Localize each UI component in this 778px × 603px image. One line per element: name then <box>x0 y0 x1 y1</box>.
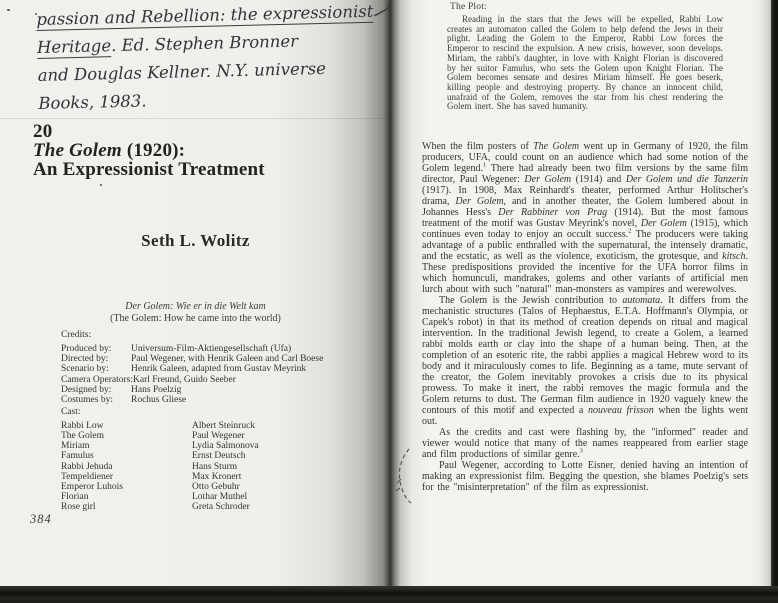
right-page: The Plot: Reading in the stars that the … <box>391 0 772 586</box>
chapter-number: 20 <box>33 122 265 141</box>
cast-role: Rabbi Low <box>61 421 192 431</box>
essay-paragraph-3: As the credits and cast were flashing by… <box>422 427 748 460</box>
credits-block: Credits: Produced by:Universum-Film-Akti… <box>61 330 381 406</box>
cast-actor: Max Kronert <box>192 472 381 482</box>
chapter-title-line2: An Expressionist Treatment <box>33 160 265 179</box>
cast-actor: Otto Gebuhr <box>192 482 381 492</box>
credit-label: Designed by: <box>61 385 131 395</box>
credit-row: Costumes by:Rochus Gliese <box>61 395 381 405</box>
scan-crease-line <box>0 118 388 119</box>
credit-value: Henrik Galeen, adapted from Gustav Meyri… <box>131 364 306 374</box>
cast-list: Rabbi LowAlbert Steinruck The GolemPaul … <box>61 421 381 513</box>
cast-actor: Lothar Muthel <box>192 492 381 502</box>
credit-row: Scenario by:Henrik Galeen, adapted from … <box>61 364 381 374</box>
chapter-title-year: (1920): <box>122 140 185 161</box>
cast-role: The Golem <box>61 431 192 441</box>
credit-label: Costumes by: <box>61 395 131 405</box>
credit-label: Directed by: <box>61 354 131 364</box>
cast-actor: Albert Steinruck <box>192 421 381 431</box>
scan-bottom-edge <box>0 586 778 603</box>
cast-block: Cast: Rabbi LowAlbert Steinruck The Gole… <box>61 407 381 513</box>
credits-heading: Credits: <box>61 330 381 340</box>
credit-value: Universum-Film-Aktiengesellschaft (Ufa) <box>131 344 291 354</box>
credit-row: Produced by:Universum-Film-Aktiengesells… <box>61 344 381 354</box>
cast-role: Miriam <box>61 441 192 451</box>
chapter-heading: 20 The Golem (1920): An Expressionist Tr… <box>33 122 265 179</box>
cast-role: Florian <box>61 492 192 502</box>
essay-paragraph-1: When the film posters of The Golem went … <box>422 141 748 295</box>
epigraph: Der Golem: Wie er in die Welt kam (The G… <box>0 301 391 324</box>
pen-squiggle-mark <box>393 445 415 509</box>
credit-value: Paul Wegener, with Henrik Galeen and Car… <box>131 354 323 364</box>
cast-role: Rose girl <box>61 502 192 512</box>
credit-row: Directed by:Paul Wegener, with Henrik Ga… <box>61 354 381 364</box>
handwritten-editors: . Ed. Stephen Bronner <box>111 32 298 56</box>
cast-actor: Hans Sturm <box>192 462 381 472</box>
credit-row: Camera Operators:Karl Freund, Guido Seeb… <box>61 375 381 385</box>
left-page: passion and Rebellion: the expressionist… <box>0 0 391 586</box>
epigraph-italic: Der Golem: Wie er in die Welt kam <box>125 301 265 312</box>
chapter-title-line1: The Golem (1920): <box>33 141 265 160</box>
book-spread-scan: passion and Rebellion: the expressionist… <box>0 0 778 603</box>
essay-paragraph-4: Paul Wegener, according to Lotte Eisner,… <box>422 460 748 493</box>
handwritten-note: passion and Rebellion: the expressionist… <box>36 0 379 118</box>
credit-label: Scenario by: <box>61 364 131 374</box>
scan-speck <box>100 184 102 186</box>
handwritten-title: passion and Rebellion: the expressionist <box>36 2 374 31</box>
essay-body: When the film posters of The Golem went … <box>422 141 748 493</box>
cast-role: Emperor Luhois <box>61 482 192 492</box>
handwritten-title-continued: Heritage <box>37 36 112 59</box>
cast-role: Tempeldiener <box>61 472 192 482</box>
epigraph-translation: (The Golem: How he came into the world) <box>0 313 391 325</box>
credit-value: Hans Poelzig <box>131 385 181 395</box>
cast-role: Famulus <box>61 451 192 461</box>
credit-label: Produced by: <box>61 344 131 354</box>
credit-value: Karl Freund, Guido Seeber <box>133 375 236 385</box>
scan-speck <box>7 9 10 11</box>
essay-paragraph-2: The Golem is the Jewish contribution to … <box>422 295 748 427</box>
credit-value: Rochus Gliese <box>131 395 186 405</box>
plot-summary: Reading in the stars that the Jews will … <box>447 15 723 112</box>
cast-actor: Ernst Deutsch <box>192 451 381 461</box>
author-name: Seth L. Wolitz <box>0 231 391 251</box>
epigraph-german-title: Der Golem: Wie er in die Welt kam <box>0 301 391 313</box>
page-number: 384 <box>30 512 52 527</box>
cast-actor: Lydia Salmonova <box>192 441 381 451</box>
cast-actor: Greta Schroder <box>192 502 381 512</box>
scan-right-edge <box>771 0 778 586</box>
plot-heading: The Plot: <box>450 2 487 12</box>
credit-row: Designed by:Hans Poelzig <box>61 385 381 395</box>
cast-actor: Paul Wegener <box>192 431 381 441</box>
credit-label: Camera Operators: <box>61 375 133 385</box>
cast-role: Rabbi Jehuda <box>61 462 192 472</box>
chapter-title-italic: The Golem <box>33 140 122 161</box>
cast-heading: Cast: <box>61 407 381 417</box>
